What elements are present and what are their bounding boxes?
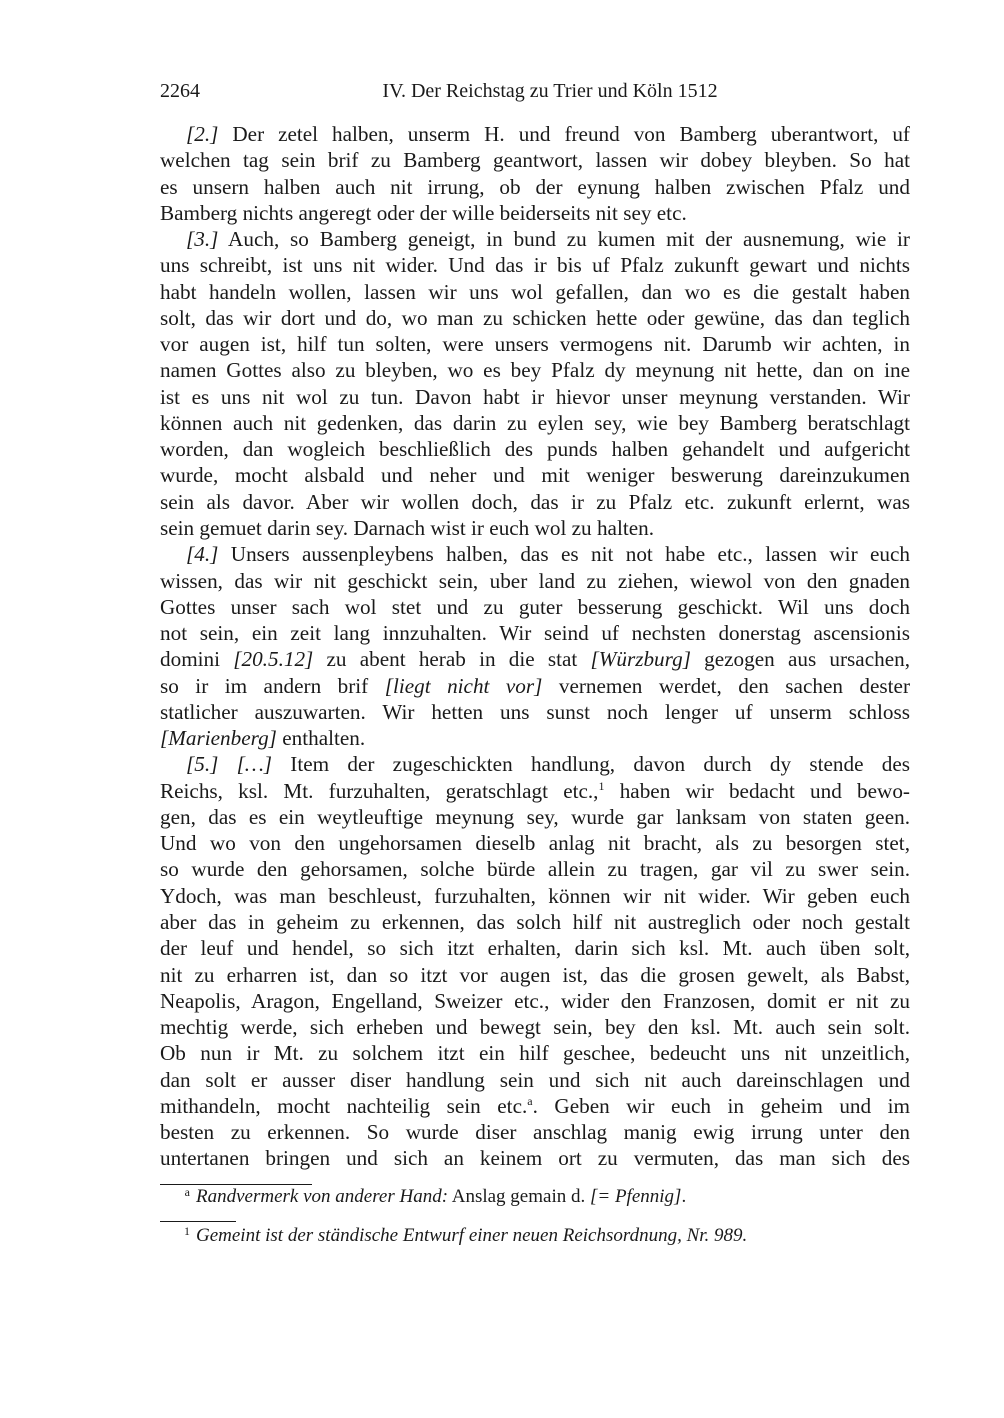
text-line: mithandeln, mocht nachteilig sein etc.a.… [160, 1093, 910, 1119]
text-line: habt handeln wollen, lassen wir uns wol … [160, 279, 910, 305]
section-marker: [4.] [186, 542, 218, 566]
text-line: Ydoch, was man beschleust, furzuhalten, … [160, 883, 910, 909]
section-marker: [2.] [186, 122, 218, 146]
text-line: sein gemuet darin sey. Darnach wist ir e… [160, 515, 910, 541]
section-marker: [5.] [186, 752, 218, 776]
text-line: Und wo von den ungehorsamen dieselb anla… [160, 830, 910, 856]
apparatus-rule [160, 1184, 312, 1185]
text-line: der leuf und hendel, so sich itzt erhalt… [160, 935, 910, 961]
text-line: [3.] Auch, so Bamberg geneigt, in bund z… [160, 226, 910, 252]
text-line: Gottes unser sach wol stet und zu guter … [160, 594, 910, 620]
text-line: wurde, mocht alsbald und neher und mit w… [160, 462, 910, 488]
text-line: worden, dan wogleich beschließlich des p… [160, 436, 910, 462]
text-line: untertanen bringen und sich an keinem or… [160, 1145, 910, 1171]
text-line: Neapolis, Aragon, Engelland, Sweizer etc… [160, 988, 910, 1014]
text-line: mechtig werde, sich erheben und bewegt s… [160, 1014, 910, 1040]
footnote-mark: 1 [184, 1224, 190, 1238]
apparatus-note: aRandvermerk von anderer Hand: Anslag ge… [160, 1186, 686, 1208]
omission-marker: […] [237, 752, 272, 776]
text-line: können auch nit gedenken, das darin zu e… [160, 410, 910, 436]
text-line: namen Gottes also zu bleyben, wo es bey … [160, 357, 910, 383]
text-line: welchen tag sein brif zu Bamberg geantwo… [160, 147, 910, 173]
text-line: dan solt er ausser diser handlung sein u… [160, 1067, 910, 1093]
text-line: wissen, das wir nit geschickt sein, uber… [160, 568, 910, 594]
text-line: ist es uns nit wol zu tun. Davon habt ir… [160, 384, 910, 410]
text-line: domini [20.5.12] zu abent herab in die s… [160, 646, 910, 672]
text-line: not sein, ein zeit lang innzuhalten. Wir… [160, 620, 910, 646]
text-line: [4.] Unsers aussenpleybens halben, das e… [160, 541, 910, 567]
text-line: solt, das wir dort und do, wo man zu sch… [160, 305, 910, 331]
text-line: gen, das es ein weytleuftige meynung sey… [160, 804, 910, 830]
editorial-place: [Marienberg] [160, 726, 277, 750]
text-line: [2.] Der zetel halben, unserm H. und fre… [160, 121, 910, 147]
text-line: so wurde den gehorsamen, solche bürde al… [160, 856, 910, 882]
main-text: [2.] Der zetel halben, unserm H. und fre… [160, 121, 910, 1172]
text-line: [5.] […] Item der zugeschickten handlung… [160, 751, 910, 777]
text-line: Bamberg nichts angeregt oder der wille b… [160, 200, 910, 226]
footnote-rule [160, 1221, 236, 1222]
section-marker: [3.] [186, 227, 218, 251]
running-header: 2264 IV. Der Reichstag zu Trier und Köln… [160, 80, 910, 108]
text-line: besten zu erkennen. So wurde diser ansch… [160, 1119, 910, 1145]
text-line: vor augen ist, hilf tun solten, were uns… [160, 331, 910, 357]
text-line: uns schreibt, ist uns nit wider. Und das… [160, 252, 910, 278]
editorial-note: [liegt nicht vor] [385, 674, 543, 698]
footnote: 1Gemeint ist der ständische Entwurf eine… [160, 1225, 747, 1247]
text-line: es unsern halben auch nit irrung, ob der… [160, 174, 910, 200]
text-line: Reichs, ksl. Mt. furzuhalten, geratschla… [160, 778, 910, 804]
text-line: [Marienberg] enthalten. [160, 725, 910, 751]
text-line: nit zu erharren ist, dan so itzt vor aug… [160, 962, 910, 988]
text-line: Ob nun ir Mt. zu solchem itzt ein hilf g… [160, 1040, 910, 1066]
text-line: aber das in geheim zu erkennen, das solc… [160, 909, 910, 935]
running-title: IV. Der Reichstag zu Trier und Köln 1512 [160, 80, 910, 103]
text-line: sein als davor. Aber wir wollen doch, da… [160, 489, 910, 515]
editorial-date: [20.5.12] [233, 647, 313, 671]
text-line: statlicher auszuwarten. Wir hetten uns s… [160, 699, 910, 725]
apparatus-mark: a [185, 1185, 190, 1199]
text-line: so ir im andern brif [liegt nicht vor] v… [160, 673, 910, 699]
editorial-place: [Würzburg] [590, 647, 690, 671]
